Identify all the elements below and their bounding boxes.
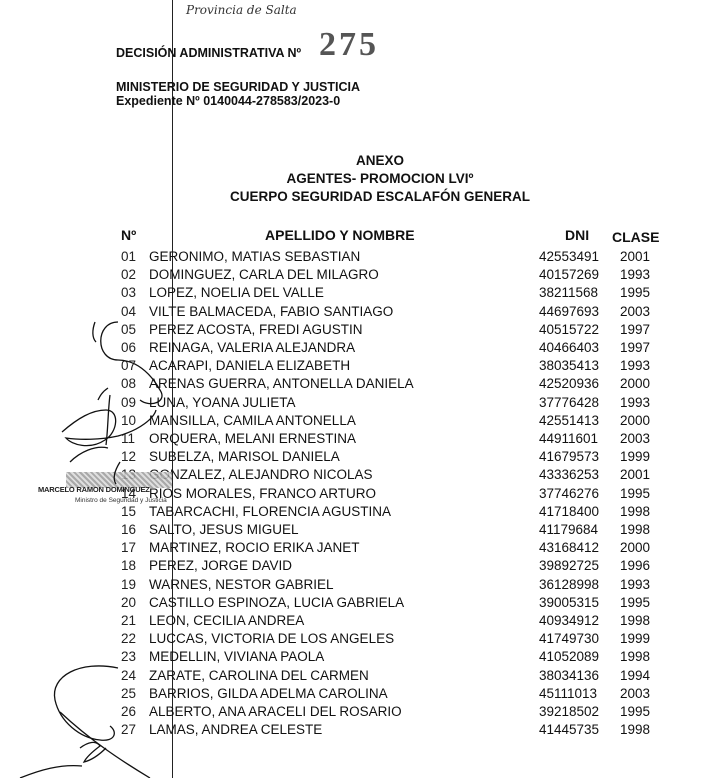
row-number: 01: [121, 249, 136, 264]
agent-name: RIOS MORALES, FRANCO ARTURO: [149, 486, 376, 501]
table-row: 21LEON, CECILIA ANDREA409349121998: [0, 613, 704, 631]
table-row: 19WARNES, NESTOR GABRIEL361289981993: [0, 577, 704, 595]
table-row: 12SUBELZA, MARISOL DANIELA416795731999: [0, 449, 704, 467]
province-letterhead: Provincia de Salta: [186, 3, 297, 17]
row-number: 10: [121, 413, 136, 428]
agent-dni: 36128998: [539, 577, 599, 592]
table-row: 17MARTINEZ, ROCIO ERIKA JANET43168412200…: [0, 540, 704, 558]
agent-dni: 37746276: [539, 486, 599, 501]
table-row: 03LOPEZ, NOELIA DEL VALLE382115681995: [0, 285, 704, 303]
agent-name: GERONIMO, MATIAS SEBASTIAN: [149, 249, 360, 264]
row-number: 05: [121, 322, 136, 337]
annex-subtitle: AGENTES- PROMOCION LVIº: [0, 170, 704, 188]
agent-dni: 41679573: [539, 449, 599, 464]
agent-clase: 2000: [620, 376, 650, 391]
row-number: 03: [121, 285, 136, 300]
annex-heading: ANEXO AGENTES- PROMOCION LVIº CUERPO SEG…: [0, 152, 704, 206]
agent-clase: 2001: [620, 249, 650, 264]
stamp-title: Ministro de Seguridad y Justicia: [75, 497, 167, 504]
decision-heading: DECISIÓN ADMINISTRATIVA Nº 275: [116, 46, 301, 60]
row-number: 24: [121, 668, 136, 683]
agent-dni: 43336253: [539, 467, 599, 482]
agent-name: SUBELZA, MARISOL DANIELA: [149, 449, 340, 464]
agent-name: ZARATE, CAROLINA DEL CARMEN: [149, 668, 369, 683]
row-number: 12: [121, 449, 136, 464]
agent-name: DOMINGUEZ, CARLA DEL MILAGRO: [149, 267, 379, 282]
row-number: 21: [121, 613, 136, 628]
table-row: 09LUNA, YOANA JULIETA377764281993: [0, 395, 704, 413]
table-row: 27LAMAS, ANDREA CELESTE414457351998: [0, 722, 704, 740]
agent-name: VILTE BALMACEDA, FABIO SANTIAGO: [149, 304, 393, 319]
decision-number: 275: [319, 26, 379, 64]
agent-name: LEON, CECILIA ANDREA: [149, 613, 304, 628]
agent-name: ARENAS GUERRA, ANTONELLA DANIELA: [149, 376, 414, 391]
col-header-clase: CLASE: [612, 229, 659, 245]
agent-dni: 41445735: [539, 722, 599, 737]
agent-name: MEDELLIN, VIVIANA PAOLA: [149, 649, 324, 664]
agent-name: CASTILLO ESPINOZA, LUCIA GABRIELA: [149, 595, 404, 610]
table-row: 01GERONIMO, MATIAS SEBASTIAN425534912001: [0, 249, 704, 267]
annex-body: CUERPO SEGURIDAD ESCALAFÓN GENERAL: [0, 188, 704, 206]
agent-clase: 1993: [620, 577, 650, 592]
agent-dni: 38035413: [539, 358, 599, 373]
table-row: 23MEDELLIN, VIVIANA PAOLA410520891998: [0, 649, 704, 667]
agent-dni: 37776428: [539, 395, 599, 410]
agent-clase: 1997: [620, 340, 650, 355]
table-row: 04VILTE BALMACEDA, FABIO SANTIAGO4469769…: [0, 304, 704, 322]
agent-clase: 1995: [620, 595, 650, 610]
agent-dni: 41718400: [539, 504, 599, 519]
row-number: 25: [121, 686, 136, 701]
agent-name: REINAGA, VALERIA ALEJANDRA: [149, 340, 355, 355]
agent-clase: 1998: [620, 649, 650, 664]
row-number: 15: [121, 504, 136, 519]
agent-name: MARTINEZ, ROCIO ERIKA JANET: [149, 540, 360, 555]
agent-dni: 39892725: [539, 558, 599, 573]
agent-dni: 40515722: [539, 322, 599, 337]
agent-dni: 40934912: [539, 613, 599, 628]
agent-clase: 1998: [620, 504, 650, 519]
table-row: 06REINAGA, VALERIA ALEJANDRA404664031997: [0, 340, 704, 358]
agent-name: ACARAPI, DANIELA ELIZABETH: [149, 358, 350, 373]
agent-dni: 38211568: [539, 285, 598, 300]
agent-clase: 2003: [620, 431, 650, 446]
stamp-name: MARCELO RAMON DOMINGUEZ: [38, 485, 150, 494]
agent-clase: 2000: [620, 540, 650, 555]
agent-clase: 1998: [620, 522, 650, 537]
agent-clase: 1998: [620, 613, 650, 628]
agent-dni: 43168412: [539, 540, 599, 555]
agent-name: LAMAS, ANDREA CELESTE: [149, 722, 322, 737]
row-number: 16: [121, 522, 136, 537]
row-number: 11: [121, 431, 135, 446]
agent-name: PEREZ ACOSTA, FREDI AGUSTIN: [149, 322, 363, 337]
row-number: 20: [121, 595, 136, 610]
agent-dni: 40466403: [539, 340, 599, 355]
agent-dni: 42520936: [539, 376, 599, 391]
agent-clase: 1999: [620, 631, 650, 646]
agent-clase: 1999: [620, 449, 650, 464]
agent-clase: 2003: [620, 686, 650, 701]
col-header-dni: DNI: [565, 227, 589, 243]
agent-name: SALTO, JESUS MIGUEL: [149, 522, 299, 537]
agent-clase: 2001: [620, 467, 650, 482]
table-row: 26ALBERTO, ANA ARACELI DEL ROSARIO392185…: [0, 704, 704, 722]
row-number: 07: [121, 358, 136, 373]
row-number: 06: [121, 340, 136, 355]
agent-name: TABARCACHI, FLORENCIA AGUSTINA: [149, 504, 391, 519]
row-number: 17: [121, 540, 136, 555]
row-number: 22: [121, 631, 136, 646]
table-row: 20CASTILLO ESPINOZA, LUCIA GABRIELA39005…: [0, 595, 704, 613]
row-number: 02: [121, 267, 136, 282]
agent-clase: 1993: [620, 267, 650, 282]
agent-clase: 1995: [620, 285, 650, 300]
agent-name: LUNA, YOANA JULIETA: [149, 395, 296, 410]
agent-clase: 2000: [620, 413, 650, 428]
expediente: Expediente Nº 0140044-278583/2023-0: [116, 94, 360, 108]
agent-clase: 1993: [620, 358, 650, 373]
row-number: 18: [121, 558, 136, 573]
agent-clase: 1993: [620, 395, 650, 410]
table-row: 07ACARAPI, DANIELA ELIZABETH380354131993: [0, 358, 704, 376]
agent-dni: 41052089: [539, 649, 599, 664]
agent-dni: 45111013: [539, 686, 597, 701]
row-number: 08: [121, 376, 136, 391]
table-row: 05PEREZ ACOSTA, FREDI AGUSTIN40515722199…: [0, 322, 704, 340]
agent-clase: 1996: [620, 558, 650, 573]
agent-clase: 1997: [620, 322, 650, 337]
agent-name: MANSILLA, CAMILA ANTONELLA: [149, 413, 356, 428]
agent-name: PEREZ, JORGE DAVID: [149, 558, 292, 573]
agent-clase: 1995: [620, 486, 650, 501]
agent-dni: 41749730: [539, 631, 599, 646]
agent-name: LUCCAS, VICTORIA DE LOS ANGELES: [149, 631, 394, 646]
table-row: 10MANSILLA, CAMILA ANTONELLA425514132000: [0, 413, 704, 431]
agent-name: GONZALEZ, ALEJANDRO NICOLAS: [149, 467, 373, 482]
table-row: 08ARENAS GUERRA, ANTONELLA DANIELA425209…: [0, 376, 704, 394]
agent-clase: 2003: [620, 304, 650, 319]
agent-dni: 38034136: [539, 668, 599, 683]
ministry-block: MINISTERIO DE SEGURIDAD Y JUSTICIA Exped…: [116, 80, 360, 108]
row-number: 09: [121, 395, 136, 410]
agent-name: LOPEZ, NOELIA DEL VALLE: [149, 285, 324, 300]
agent-dni: 39218502: [539, 704, 599, 719]
table-row: 24ZARATE, CAROLINA DEL CARMEN38034136199…: [0, 668, 704, 686]
row-number: 27: [121, 722, 136, 737]
agent-name: ALBERTO, ANA ARACELI DEL ROSARIO: [149, 704, 402, 719]
agent-clase: 1995: [620, 704, 650, 719]
agent-dni: 42551413: [539, 413, 599, 428]
col-header-name: APELLIDO Y NOMBRE: [265, 227, 415, 243]
table-row: 18PEREZ, JORGE DAVID398927251996: [0, 558, 704, 576]
table-row: 22LUCCAS, VICTORIA DE LOS ANGELES4174973…: [0, 631, 704, 649]
agent-dni: 41179684: [539, 522, 598, 537]
decision-label: DECISIÓN ADMINISTRATIVA Nº: [116, 46, 301, 60]
agent-name: WARNES, NESTOR GABRIEL: [149, 577, 334, 592]
col-header-number: Nº: [121, 227, 136, 243]
agent-clase: 1998: [620, 722, 650, 737]
agent-dni: 39005315: [539, 595, 599, 610]
row-number: 04: [121, 304, 136, 319]
ministry-name: MINISTERIO DE SEGURIDAD Y JUSTICIA: [116, 80, 360, 94]
table-row: 15TABARCACHI, FLORENCIA AGUSTINA41718400…: [0, 504, 704, 522]
table-row: 16SALTO, JESUS MIGUEL411796841998: [0, 522, 704, 540]
agent-dni: 44697693: [539, 304, 599, 319]
agent-clase: 1994: [620, 668, 650, 683]
agent-dni: 44911601: [539, 431, 598, 446]
table-row: 25BARRIOS, GILDA ADELMA CAROLINA45111013…: [0, 686, 704, 704]
agent-name: BARRIOS, GILDA ADELMA CAROLINA: [149, 686, 388, 701]
agent-name: ORQUERA, MELANI ERNESTINA: [149, 431, 356, 446]
row-number: 26: [121, 704, 136, 719]
row-number: 19: [121, 577, 136, 592]
row-number: 23: [121, 649, 136, 664]
table-row: 11ORQUERA, MELANI ERNESTINA449116012003: [0, 431, 704, 449]
annex-title: ANEXO: [0, 152, 704, 170]
table-row: 02DOMINGUEZ, CARLA DEL MILAGRO4015726919…: [0, 267, 704, 285]
agent-dni: 42553491: [539, 249, 599, 264]
agent-dni: 40157269: [539, 267, 599, 282]
